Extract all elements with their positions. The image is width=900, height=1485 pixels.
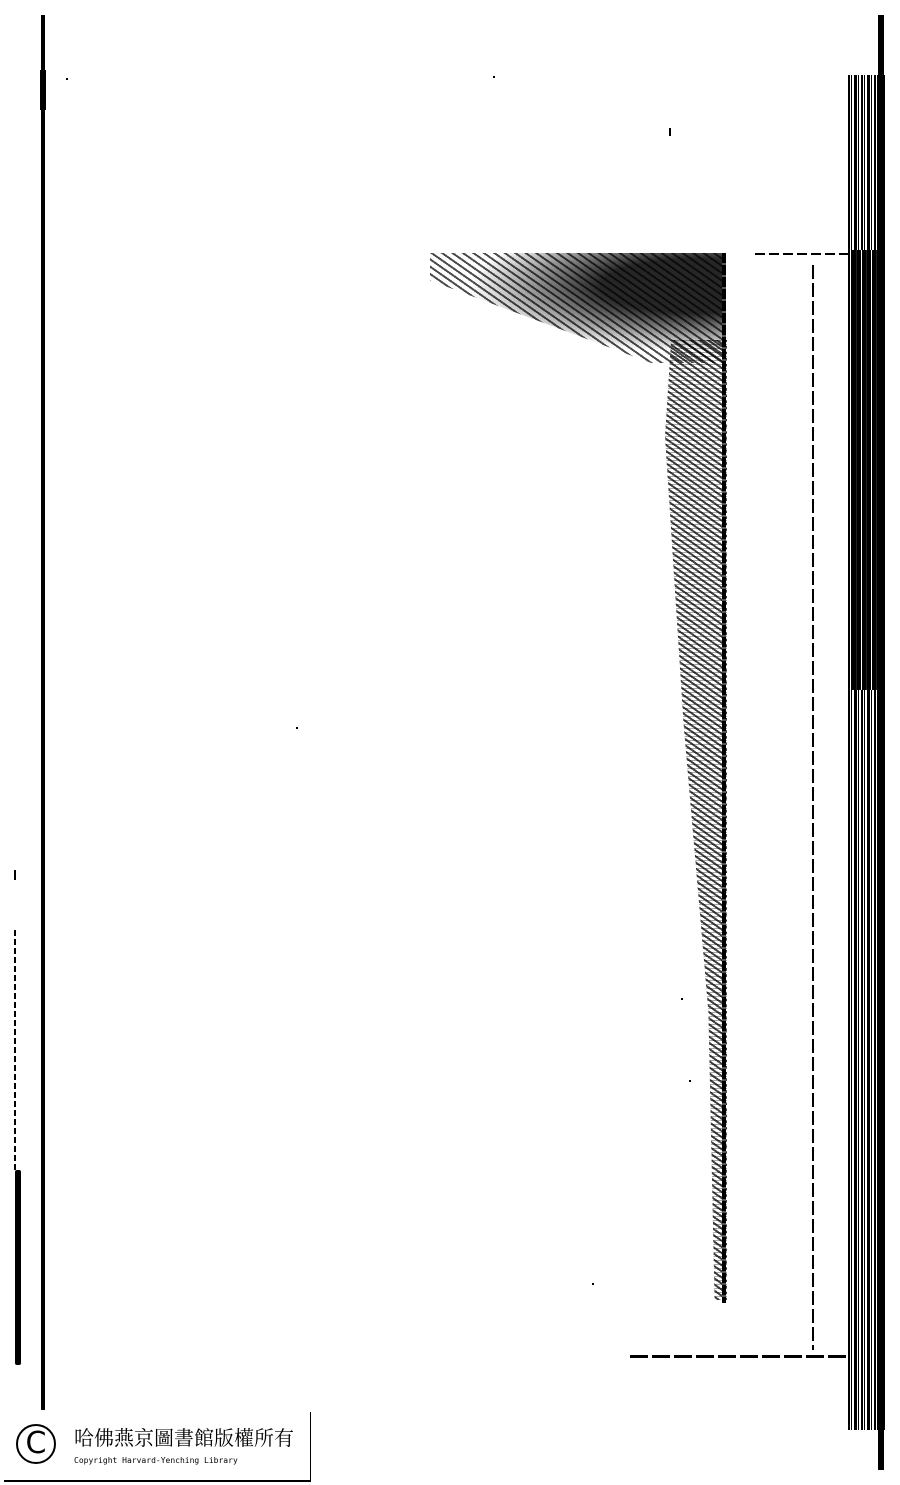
copyright-stamp: C 哈佛燕京圖書館版權所有 Copyright Harvard-Yenching… (4, 1412, 311, 1482)
speck (493, 76, 495, 78)
copyright-chinese-text: 哈佛燕京圖書館版權所有 (74, 1422, 294, 1451)
scanned-page: C 哈佛燕京圖書館版權所有 Copyright Harvard-Yenching… (0, 0, 900, 1485)
speck (66, 78, 68, 80)
left-binding-edge (41, 15, 45, 1410)
speck (14, 870, 16, 880)
left-margin-shadow (15, 1170, 21, 1365)
speck (669, 128, 671, 136)
frame-top-line (755, 253, 850, 255)
frame-bottom-line (630, 1355, 850, 1358)
copyright-english-text: Copyright Harvard-Yenching Library (74, 1456, 238, 1465)
left-margin-trace (14, 930, 16, 1170)
bleed-stain-column (665, 340, 727, 1300)
speck (681, 998, 683, 1000)
copyright-icon: C (16, 1424, 56, 1464)
speck (296, 727, 298, 729)
printed-frame-rule (722, 253, 726, 1303)
left-binding-edge-mark (40, 70, 46, 110)
speck (689, 1080, 691, 1082)
frame-inner-line (812, 265, 814, 1350)
right-page-edge (878, 15, 884, 1470)
speck (592, 1283, 594, 1285)
